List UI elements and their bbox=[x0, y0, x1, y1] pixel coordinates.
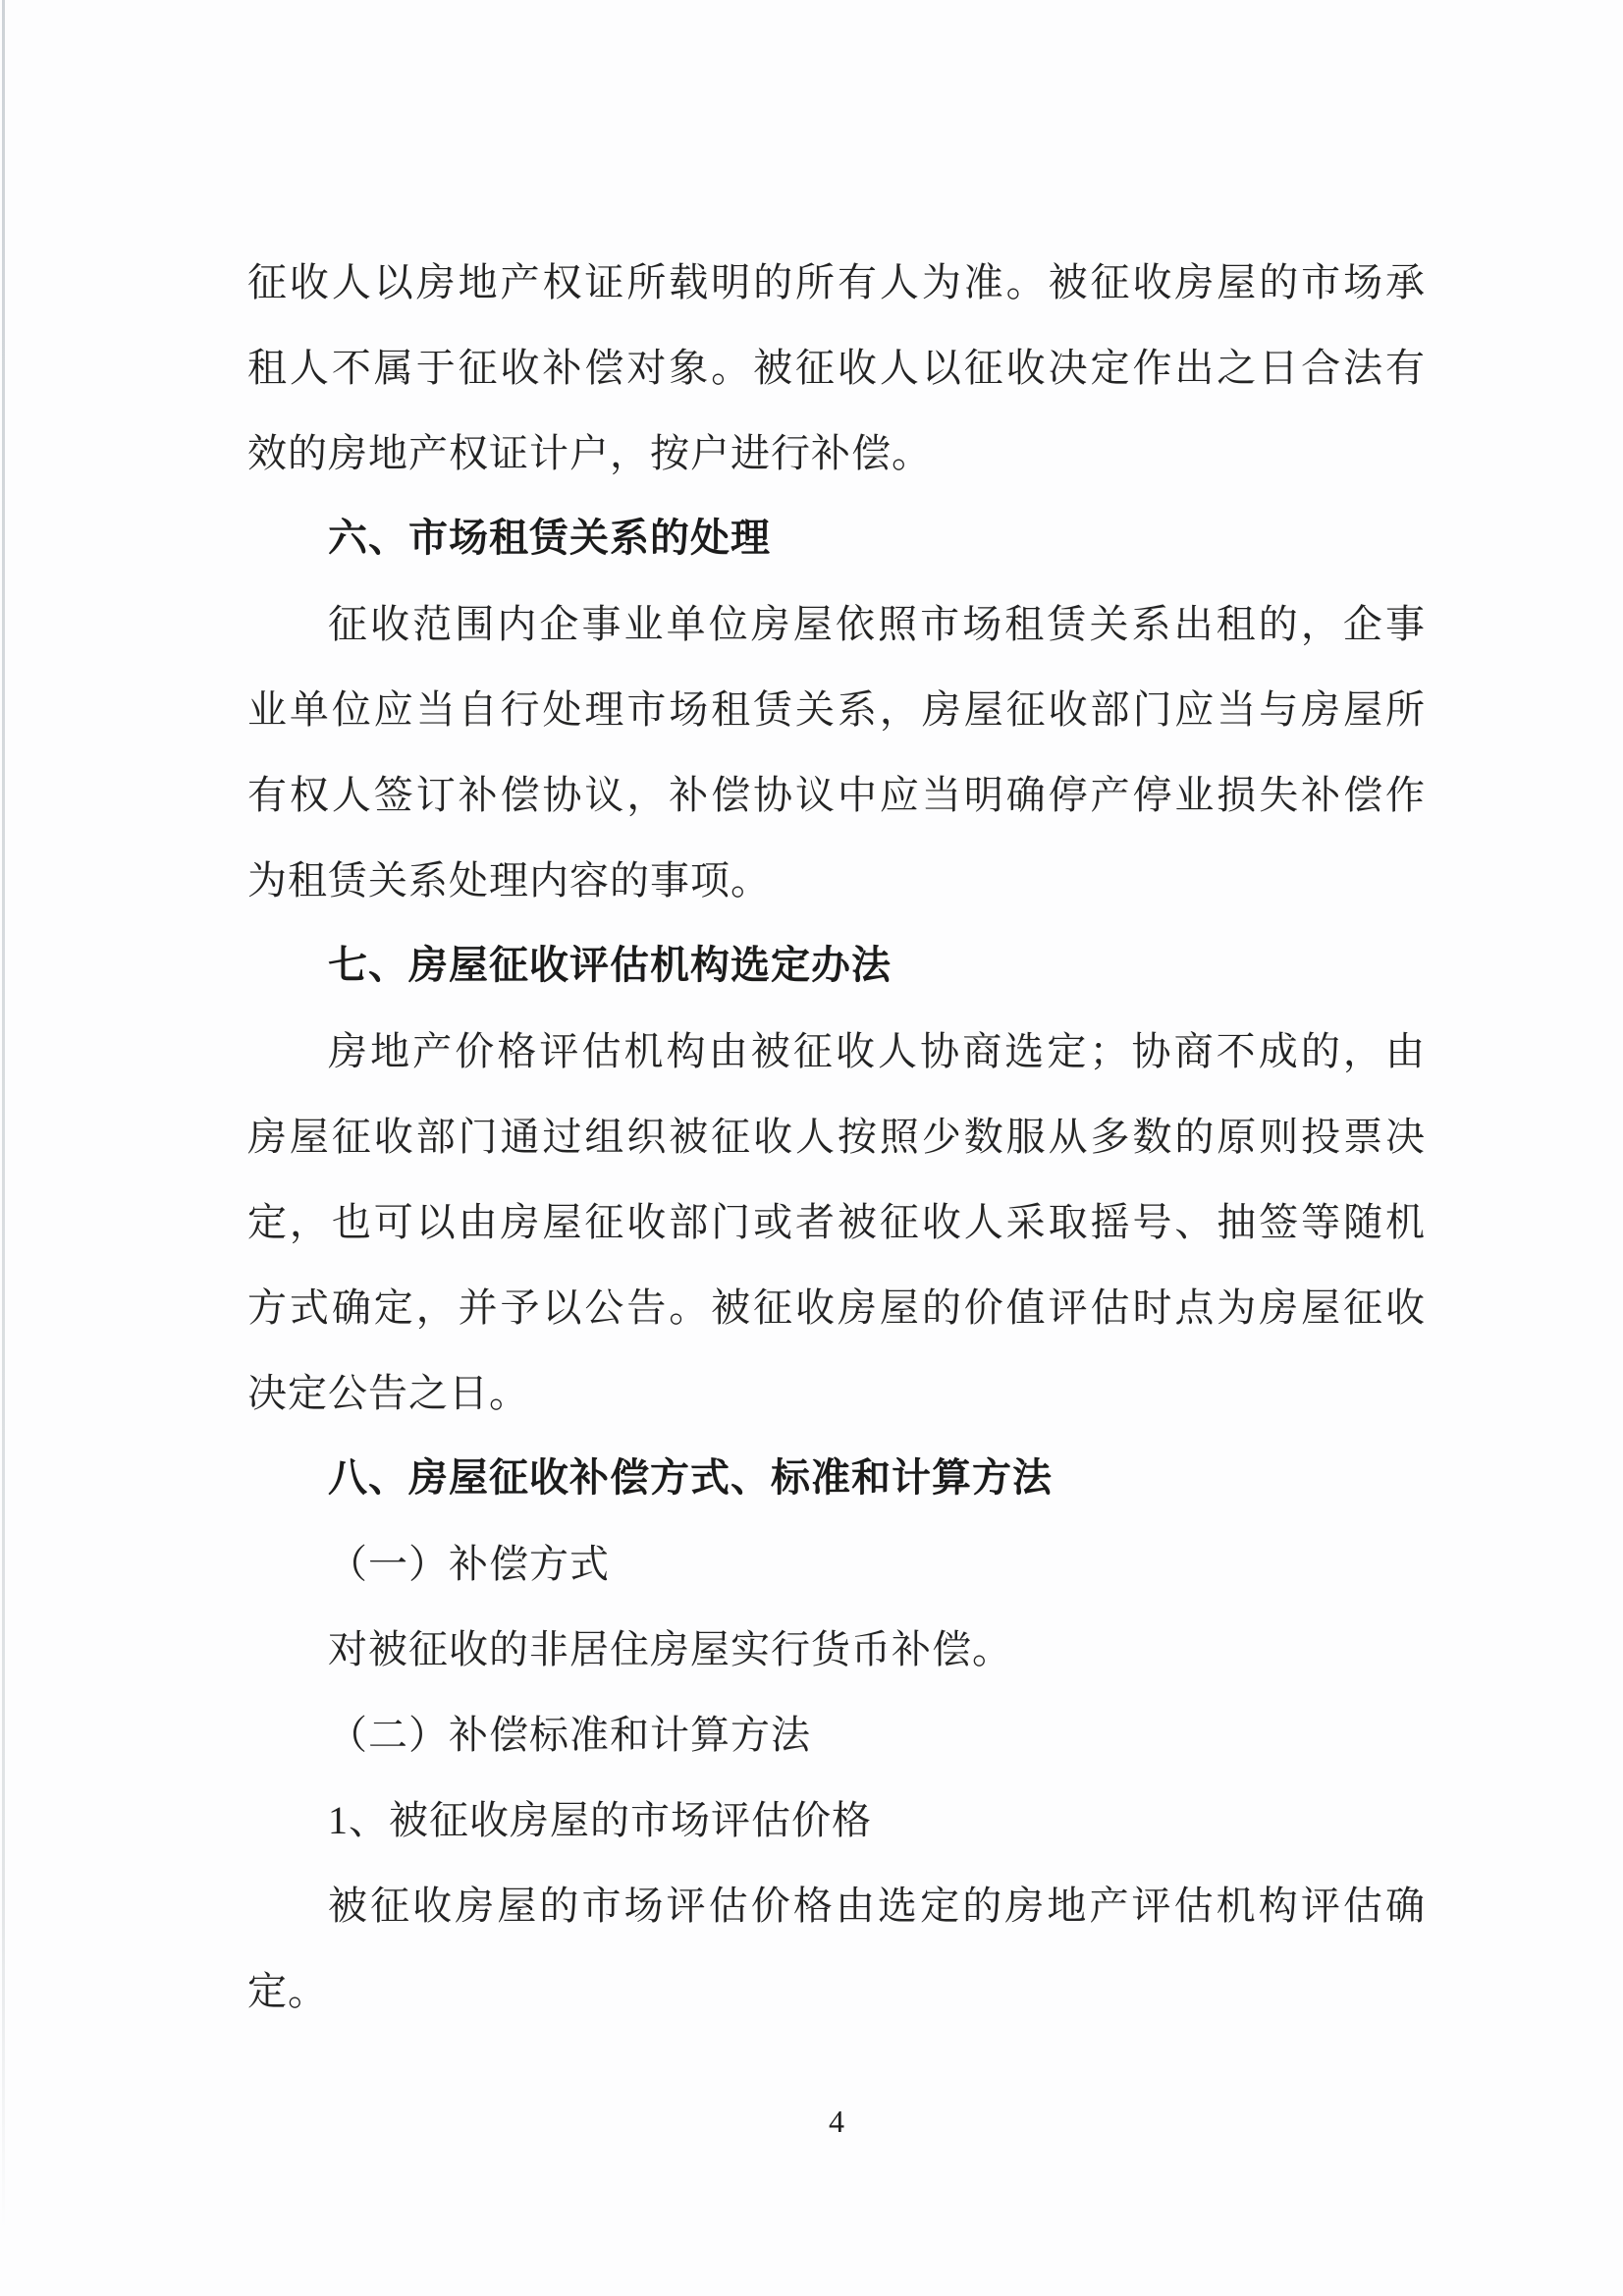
body-line: 为租赁关系处理内容的事项。 bbox=[247, 838, 1426, 923]
body-line: 房地产价格评估机构由被征收人协商选定；协商不成的，由 bbox=[247, 1009, 1426, 1094]
body-line: 对被征收的非居住房屋实行货币补偿。 bbox=[247, 1607, 1426, 1692]
body-line: 征收人以房地产权证所载明的所有人为准。被征收房屋的市场承 bbox=[247, 240, 1426, 325]
section-heading-6: 六、市场租赁关系的处理 bbox=[247, 496, 1426, 581]
body-line: 定，也可以由房屋征收部门或者被征收人采取摇号、抽签等随机 bbox=[247, 1179, 1426, 1265]
section-heading-8: 八、房屋征收补偿方式、标准和计算方法 bbox=[247, 1436, 1426, 1521]
scan-edge-artifact bbox=[2, 0, 5, 2229]
subheading-point-1: 1、被征收房屋的市场评估价格 bbox=[247, 1777, 1426, 1863]
document-body: 征收人以房地产权证所载明的所有人为准。被征收房屋的市场承 租人不属于征收补偿对象… bbox=[247, 240, 1426, 2034]
scanned-document-page: 征收人以房地产权证所载明的所有人为准。被征收房屋的市场承 租人不属于征收补偿对象… bbox=[0, 0, 1623, 2296]
subheading-item-1: （一）补偿方式 bbox=[247, 1521, 1426, 1607]
body-line: 房屋征收部门通过组织被征收人按照少数服从多数的原则投票决 bbox=[247, 1094, 1426, 1179]
body-line: 决定公告之日。 bbox=[247, 1350, 1426, 1436]
body-line: 被征收房屋的市场评估价格由选定的房地产评估机构评估确 bbox=[247, 1863, 1426, 1948]
body-line: 定。 bbox=[247, 1948, 1426, 2034]
body-line: 效的房地产权证计户，按户进行补偿。 bbox=[247, 410, 1426, 496]
body-line: 租人不属于征收补偿对象。被征收人以征收决定作出之日合法有 bbox=[247, 325, 1426, 410]
page-number: 4 bbox=[247, 2098, 1426, 2145]
body-line: 方式确定，并予以公告。被征收房屋的价值评估时点为房屋征收 bbox=[247, 1265, 1426, 1350]
section-heading-7: 七、房屋征收评估机构选定办法 bbox=[247, 923, 1426, 1009]
body-line: 有权人签订补偿协议，补偿协议中应当明确停产停业损失补偿作 bbox=[247, 752, 1426, 838]
subheading-item-2: （二）补偿标准和计算方法 bbox=[247, 1692, 1426, 1777]
body-line: 业单位应当自行处理市场租赁关系，房屋征收部门应当与房屋所 bbox=[247, 667, 1426, 752]
body-line: 征收范围内企事业单位房屋依照市场租赁关系出租的，企事 bbox=[247, 581, 1426, 667]
